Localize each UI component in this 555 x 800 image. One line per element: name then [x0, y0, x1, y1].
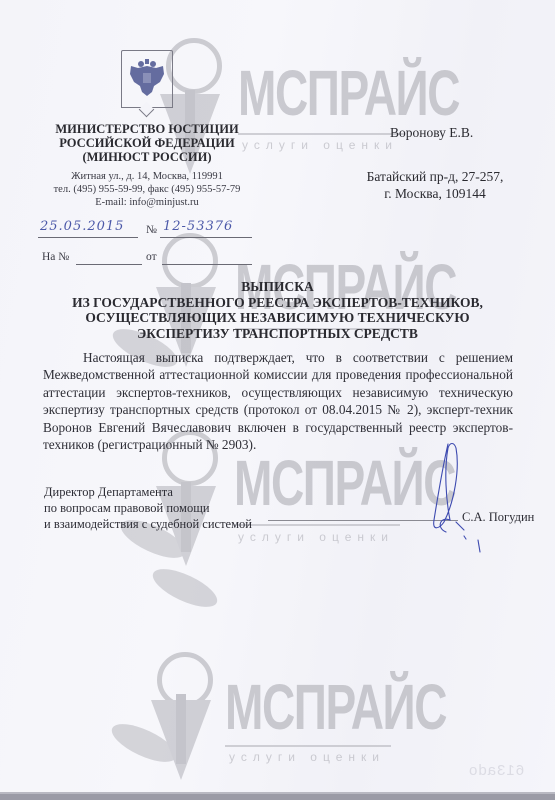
body-paragraph: Настоящая выписка подтверждает, что в со… [43, 349, 513, 453]
number-label: № [146, 224, 157, 236]
document-body: Настоящая выписка подтверждает, что в со… [43, 349, 513, 453]
ministry-name: МИНИСТЕРСТВО ЮСТИЦИИ РОССИЙСКОЙ ФЕДЕРАЦИ… [40, 122, 254, 164]
reply-number-line [76, 264, 142, 265]
handwritten-date: 25.05.2015 [40, 219, 124, 234]
page-shadow [0, 794, 555, 800]
reply-date-line [162, 264, 252, 265]
document-title: ВЫПИСКА ИЗ ГОСУДАРСТВЕННОГО РЕЕСТРА ЭКСП… [0, 279, 555, 341]
reply-number-label: На № [42, 251, 69, 263]
signer-position: Директор Департамента по вопросам правов… [44, 484, 252, 532]
coat-of-arms-icon [121, 50, 173, 108]
watermark-bottom: МСПРАЙС услуги оценки [105, 650, 405, 770]
ministry-address: Житная ул., д. 14, Москва, 119991 [30, 170, 264, 183]
ministry-email: E-mail: info@minjust.ru [30, 196, 264, 209]
signer-name: С.А. Погудин [462, 510, 534, 525]
handwritten-number: 12-53376 [163, 219, 233, 234]
ministry-phone: тел. (495) 955-59-99, факс (495) 955-57-… [30, 183, 264, 196]
recipient-name: Воронову Е.В. [390, 125, 473, 141]
ministry-contacts: Житная ул., д. 14, Москва, 119991 тел. (… [30, 170, 264, 209]
handwritten-signature [420, 440, 500, 555]
date-line [38, 237, 138, 238]
document-page: МСПРАЙС услуги оценки МСПРАЙС МСПРАЙС ус… [0, 0, 555, 794]
number-line [160, 237, 252, 238]
show-through-text: 613ado [468, 762, 524, 779]
reply-date-label: от [146, 251, 157, 263]
recipient-address: Батайский пр-д, 27-257, г. Москва, 10914… [330, 168, 540, 202]
